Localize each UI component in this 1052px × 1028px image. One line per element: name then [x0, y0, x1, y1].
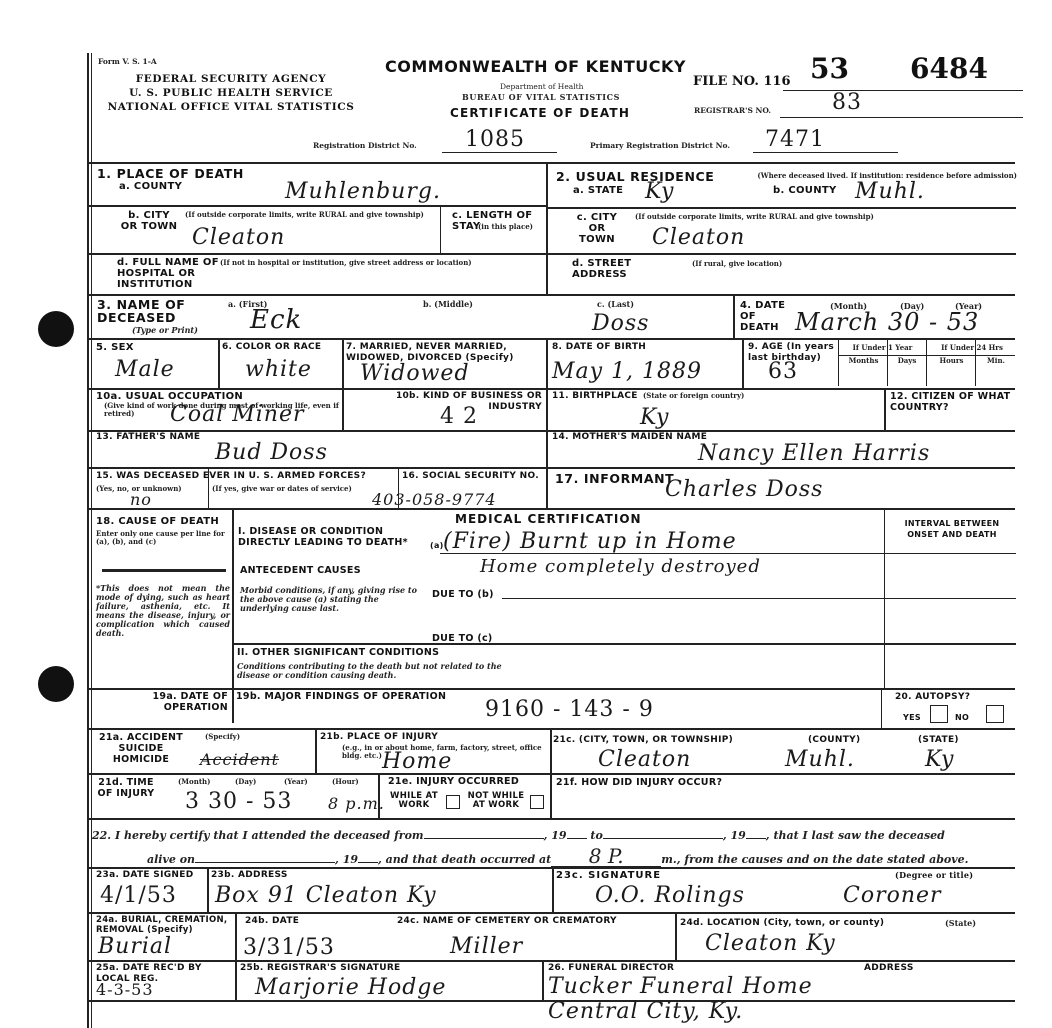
cause-footnote: *This does not mean the mode of dying, s…: [96, 584, 230, 638]
bureau: BUREAU OF VITAL STATISTICS: [462, 93, 620, 101]
sex-value[interactable]: Male: [115, 358, 175, 382]
autopsy-yes-checkbox[interactable]: [930, 705, 948, 723]
burial-state-label: (State): [945, 919, 976, 927]
burial-date-label: 24b. DATE: [245, 916, 299, 927]
injury-time-value[interactable]: 3 30 - 53: [185, 790, 292, 814]
autopsy-label: 20. AUTOPSY?: [895, 692, 970, 703]
injury-hour-value[interactable]: 8 p.m.: [328, 792, 385, 816]
state-title: COMMONWEALTH OF KENTUCKY: [385, 57, 686, 76]
address-label: 23b. ADDRESS: [211, 870, 288, 881]
autopsy-no-checkbox[interactable]: [986, 705, 1004, 723]
cemetery-label: 24c. NAME OF CEMETERY OR CREMATORY: [397, 916, 617, 927]
father-label: 13. FATHER'S NAME: [96, 432, 200, 443]
cause-of-death-label: 18. CAUSE OF DEATH: [96, 516, 219, 527]
under-year-label: If Under 1 Year: [840, 344, 925, 352]
injury-city-value[interactable]: Cleaton: [598, 748, 691, 772]
agency-line-1: FEDERAL SECURITY AGENCY: [96, 73, 366, 86]
medical-certification-title: MEDICAL CERTIFICATION: [455, 514, 642, 525]
deceased-name-note: (Type or Print): [132, 326, 198, 335]
injury-type-label: 21a. ACCIDENT SUICIDE HOMICIDE: [96, 732, 186, 765]
occupation-value[interactable]: Coal Miner: [170, 403, 305, 427]
middle-name-label: b. (Middle): [423, 300, 473, 308]
punch-hole: [38, 311, 74, 347]
operation-findings-value[interactable]: 9160 - 143 - 9: [485, 698, 654, 722]
other-conditions-note: Conditions contributing to the death but…: [237, 662, 507, 680]
usual-residence-label: 2. USUAL RESIDENCE: [556, 170, 714, 183]
days-label: Days: [888, 357, 926, 365]
last-name-label: c. (Last): [597, 300, 634, 308]
armed-value[interactable]: no: [130, 488, 152, 512]
signature-label: 23c. SIGNATURE: [556, 870, 661, 881]
department: Department of Health: [500, 83, 583, 91]
left-border: [87, 53, 89, 1028]
primary-district-label: Primary Registration District No.: [590, 142, 730, 150]
registrar-signature-value[interactable]: Marjorie Hodge: [255, 976, 446, 1000]
operation-date-label: 19a. DATE OF OPERATION: [96, 691, 228, 713]
injury-day-label: (Day): [235, 778, 256, 786]
date-signed-value[interactable]: 4/1/53: [100, 884, 177, 908]
interval-label: INTERVAL BETWEEN ONSET AND DEATH: [890, 518, 1014, 540]
primary-district: 7471: [765, 128, 825, 152]
agency-line-2: U. S. PUBLIC HEALTH SERVICE: [96, 87, 366, 100]
funeral-director-label: 26. FUNERAL DIRECTOR: [548, 963, 674, 974]
antecedent-label: ANTECEDENT CAUSES: [240, 565, 361, 576]
certificate-title: CERTIFICATE OF DEATH: [450, 106, 630, 120]
punch-hole: [38, 666, 74, 702]
mother-label: 14. MOTHER'S MAIDEN NAME: [552, 432, 707, 443]
signature-value[interactable]: O.O. Rolings: [595, 884, 745, 908]
last-name-value[interactable]: Doss: [592, 312, 649, 336]
hours-label: Hours: [928, 357, 975, 365]
armed-note-b: (If yes, give war or dates of service): [212, 485, 352, 493]
agency-line-3: NATIONAL OFFICE VITAL STATISTICS: [96, 101, 366, 114]
sex-label: 5. SEX: [96, 342, 134, 353]
marital-value[interactable]: Widowed: [360, 362, 470, 386]
months-label: Months: [840, 357, 887, 365]
how-injury-label: 21f. HOW DID INJURY OCCUR?: [556, 777, 722, 788]
death-city-value[interactable]: Cleaton: [192, 226, 285, 250]
business-value[interactable]: 4 2: [440, 405, 478, 429]
injury-state-label: (STATE): [918, 735, 959, 746]
cause-a-line-1[interactable]: (Fire) Burnt up in Home: [443, 530, 737, 554]
residence-street-note: (If rural, give location): [692, 260, 782, 268]
age-value[interactable]: 63: [768, 360, 798, 384]
due-to-b-label: DUE TO (b): [432, 589, 494, 600]
cemetery-value[interactable]: Miller: [450, 935, 523, 959]
birthplace-value[interactable]: Ky: [640, 406, 669, 430]
informant-label: 17. INFORMANT: [555, 472, 674, 485]
death-city-label: b. CITY OR TOWN: [118, 210, 180, 232]
funeral-director-value[interactable]: Tucker Funeral Home: [548, 975, 813, 999]
min-label: Min.: [977, 357, 1015, 365]
antecedent-note: Morbid conditions, if any, giving rise t…: [240, 586, 420, 613]
residence-state-value[interactable]: Ky: [645, 180, 674, 204]
injury-place-value[interactable]: Home: [382, 750, 452, 774]
injury-type-note: (Specify): [205, 733, 240, 741]
file-no-value: 6484: [910, 52, 988, 85]
dob-value[interactable]: May 1, 1889: [552, 360, 702, 384]
burial-date-value[interactable]: 3/31/53: [243, 936, 335, 960]
address-value[interactable]: Box 91 Cleaton Ky: [215, 884, 437, 908]
file-no-year: 53: [810, 52, 849, 85]
death-county-value[interactable]: Muhlenburg.: [285, 180, 441, 204]
line-a-marker: (a): [430, 540, 444, 551]
injury-county-label: (COUNTY): [808, 735, 860, 746]
at-work-checkbox[interactable]: [446, 795, 460, 809]
residence-street-label: d. STREET ADDRESS: [572, 258, 632, 280]
date-signed-label: 23a. DATE SIGNED: [96, 870, 193, 881]
death-county-label: a. COUNTY: [119, 181, 182, 192]
length-of-stay-note: (in this place): [478, 223, 533, 231]
at-work-label: WHILE AT WORK: [384, 792, 444, 810]
burial-location-value[interactable]: Cleaton Ky: [705, 932, 836, 956]
autopsy-no-label: NO: [955, 712, 969, 723]
ssn-label: 16. SOCIAL SECURITY NO.: [402, 471, 544, 482]
received-value[interactable]: 4-3-53: [96, 978, 154, 1002]
disease-label: I. DISEASE OR CONDITION DIRECTLY LEADING…: [238, 526, 428, 548]
injury-county-value[interactable]: Muhl.: [785, 748, 855, 772]
registration-district-label: Registration District No.: [313, 142, 417, 150]
under-day-label: If Under 24 Hrs: [928, 344, 1016, 352]
funeral-address-label: ADDRESS: [864, 963, 914, 974]
injury-time-label: 21d. TIME OF INJURY: [96, 777, 156, 799]
funeral-address-value[interactable]: Central City, Ky.: [548, 1000, 743, 1024]
deceased-name-label: 3. NAME OF DECEASED: [97, 298, 207, 324]
cause-a-line-2[interactable]: Home completely destroyed: [480, 555, 761, 579]
other-conditions-label: II. OTHER SIGNIFICANT CONDITIONS: [237, 647, 439, 658]
disposition-value[interactable]: Burial: [98, 935, 172, 959]
date-of-death-value[interactable]: March 30 - 53: [795, 310, 979, 334]
birthplace-note: (State or foreign country): [643, 392, 744, 400]
residence-city-value[interactable]: Cleaton: [652, 226, 745, 250]
residence-city-label: c. CITY OR TOWN: [572, 212, 622, 245]
citizen-label: 12. CITIZEN OF WHAT COUNTRY?: [890, 391, 1015, 413]
file-no-label: FILE NO. 116: [693, 74, 791, 89]
residence-state-label: a. STATE: [573, 185, 623, 196]
cert-line1-a: 22. I hereby certify that I attended the…: [92, 829, 424, 842]
injury-hour-label: (Hour): [332, 778, 359, 786]
autopsy-yes-label: YES: [903, 712, 921, 723]
degree-label: (Degree or title): [895, 870, 973, 881]
injury-type-value[interactable]: Accident: [200, 748, 279, 772]
registrar-no-label: REGISTRAR'S NO.: [694, 107, 771, 115]
operation-findings-label: 19b. MAJOR FINDINGS OF OPERATION: [236, 691, 446, 702]
not-at-work-label: NOT WHILE AT WORK: [461, 792, 531, 810]
race-value[interactable]: white: [245, 358, 312, 382]
hospital-label: d. FULL NAME OF HOSPITAL OR INSTITUTION: [117, 257, 227, 290]
informant-value[interactable]: Charles Doss: [665, 478, 823, 502]
registrar-no: 83: [832, 91, 862, 115]
cause-of-death-note: Enter only one cause per line for (a), (…: [96, 530, 230, 546]
form-number: Form V. S. 1-A: [98, 58, 157, 66]
certification-statement: 22. I hereby certify that I attended the…: [92, 826, 1017, 870]
injury-state-value[interactable]: Ky: [925, 748, 954, 772]
degree-value[interactable]: Coroner: [843, 884, 942, 908]
due-to-c-label: DUE TO (c): [432, 633, 493, 644]
residence-county-value[interactable]: Muhl.: [855, 180, 925, 204]
residence-county-label: b. COUNTY: [773, 185, 837, 196]
injury-place-label: 21b. PLACE OF INJURY: [320, 732, 438, 743]
disposition-label: 24a. BURIAL, CREMATION, REMOVAL (Specify…: [96, 916, 234, 935]
registration-district: 1085: [465, 128, 525, 152]
place-of-death-label: 1. PLACE OF DEATH: [97, 167, 244, 180]
injury-month-label: (Month): [178, 778, 210, 786]
registrar-signature-label: 25b. REGISTRAR'S SIGNATURE: [240, 963, 401, 974]
burial-location-label: 24d. LOCATION (City, town, or county): [680, 918, 884, 929]
death-city-note: (If outside corporate limits, write RURA…: [185, 211, 435, 219]
ssn-value[interactable]: 403-058-9774: [372, 488, 497, 512]
not-at-work-checkbox[interactable]: [530, 795, 544, 809]
mother-value[interactable]: Nancy Ellen Harris: [698, 442, 930, 466]
date-of-death-label: 4. DATE OF DEATH: [740, 300, 790, 333]
residence-city-note: (If outside corporate limits, write RURA…: [635, 213, 975, 221]
birthplace-label: 11. BIRTHPLACE: [552, 391, 638, 402]
injury-year-label: (Year): [284, 778, 308, 786]
race-label: 6. COLOR OR RACE: [222, 342, 321, 353]
dob-label: 8. DATE OF BIRTH: [552, 342, 646, 353]
hospital-note: (If not in hospital or institution, give…: [220, 259, 540, 267]
father-value[interactable]: Bud Doss: [215, 441, 328, 465]
injury-city-label: 21c. (CITY, TOWN, OR TOWNSHIP): [553, 735, 733, 746]
left-border-inner: [91, 53, 92, 1028]
injury-occurred-label: 21e. INJURY OCCURRED: [388, 776, 519, 787]
armed-forces-label: 15. WAS DECEASED EVER IN U. S. ARMED FOR…: [96, 471, 396, 482]
first-name-value[interactable]: Eck: [250, 308, 302, 332]
death-time-value[interactable]: 8 P.: [551, 846, 661, 867]
